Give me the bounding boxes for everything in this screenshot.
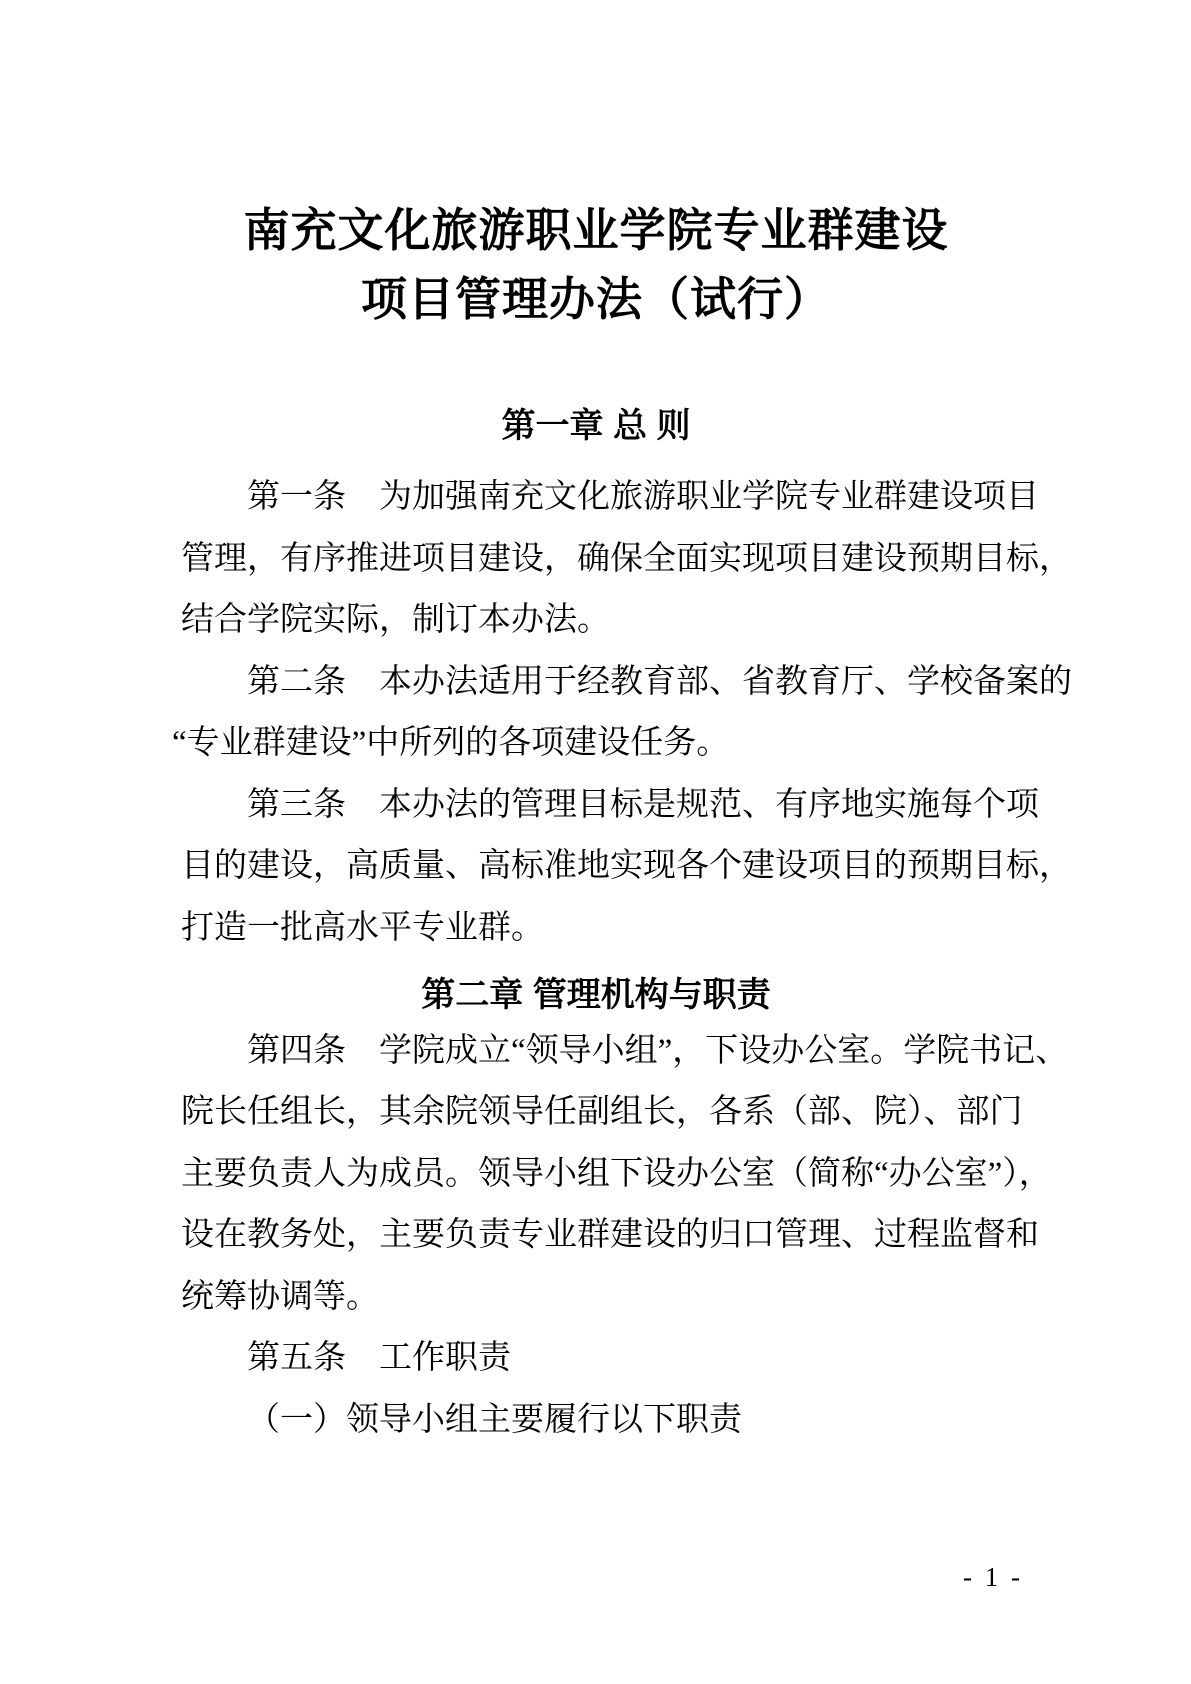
paragraph-line: 第四条 学院成立“领导小组”，下设办公室。学院书记、 [181,1021,1011,1083]
document-page: 南充文化旅游职业学院专业群建设 项目管理办法（试行） 第一章 总 则 第一条 为… [0,0,1191,1684]
paragraph-line: 第一条 为加强南充文化旅游职业学院专业群建设项目 [181,467,1011,529]
paragraph-line: 第五条 工作职责 [181,1328,1011,1390]
document-title: 南充文化旅游职业学院专业群建设 项目管理办法（试行） [181,196,1011,334]
paragraph-article-2: 第二条 本办法适用于经教育部、省教育厅、学校备案的 “专业群建设”中所列的各项建… [181,652,1011,775]
document-title-line-1: 南充文化旅游职业学院专业群建设 [181,196,1011,265]
paragraph-line: 第二条 本办法适用于经教育部、省教育厅、学校备案的 [181,652,1011,714]
paragraph-article-5: 第五条 工作职责 [181,1328,1011,1390]
paragraph-line: 院长任组长，其余院领导任副组长，各系（部、院）、部门 [181,1082,1011,1144]
paragraph-line: 统筹协调等。 [181,1267,1011,1329]
document-content: 南充文化旅游职业学院专业群建设 项目管理办法（试行） 第一章 总 则 第一条 为… [181,196,1011,1451]
paragraph-article-4: 第四条 学院成立“领导小组”，下设办公室。学院书记、 院长任组长，其余院领导任副… [181,1021,1011,1329]
paragraph-line: 打造一批高水平专业群。 [181,898,1011,960]
paragraph-line: “专业群建设”中所列的各项建设任务。 [172,713,1011,775]
paragraph-line: 主要负责人为成员。领导小组下设办公室（简称“办公室”）， [181,1144,1011,1206]
paragraph-line: 结合学院实际，制订本办法。 [181,590,1011,652]
paragraph-line: 目的建设，高质量、高标准地实现各个建设项目的预期目标， [181,836,1011,898]
document-title-line-2: 项目管理办法（试行） [181,265,1011,334]
paragraph-line: 管理，有序推进项目建设，确保全面实现项目建设预期目标， [181,529,1011,591]
chapter-2-heading: 第二章 管理机构与职责 [181,965,1011,1027]
chapter-1-heading: 第一章 总 则 [181,404,1011,448]
paragraph-line: 设在教务处，主要负责专业群建设的归口管理、过程监督和 [181,1205,1011,1267]
paragraph-item-1: （一）领导小组主要履行以下职责 [181,1390,1011,1452]
paragraph-article-1: 第一条 为加强南充文化旅游职业学院专业群建设项目 管理，有序推进项目建设，确保全… [181,467,1011,652]
page-number: - 1 - [963,1562,1023,1593]
paragraph-article-3: 第三条 本办法的管理目标是规范、有序地实施每个项 目的建设，高质量、高标准地实现… [181,775,1011,960]
paragraph-line: 第三条 本办法的管理目标是规范、有序地实施每个项 [181,775,1011,837]
paragraph-line: （一）领导小组主要履行以下职责 [181,1390,1011,1452]
